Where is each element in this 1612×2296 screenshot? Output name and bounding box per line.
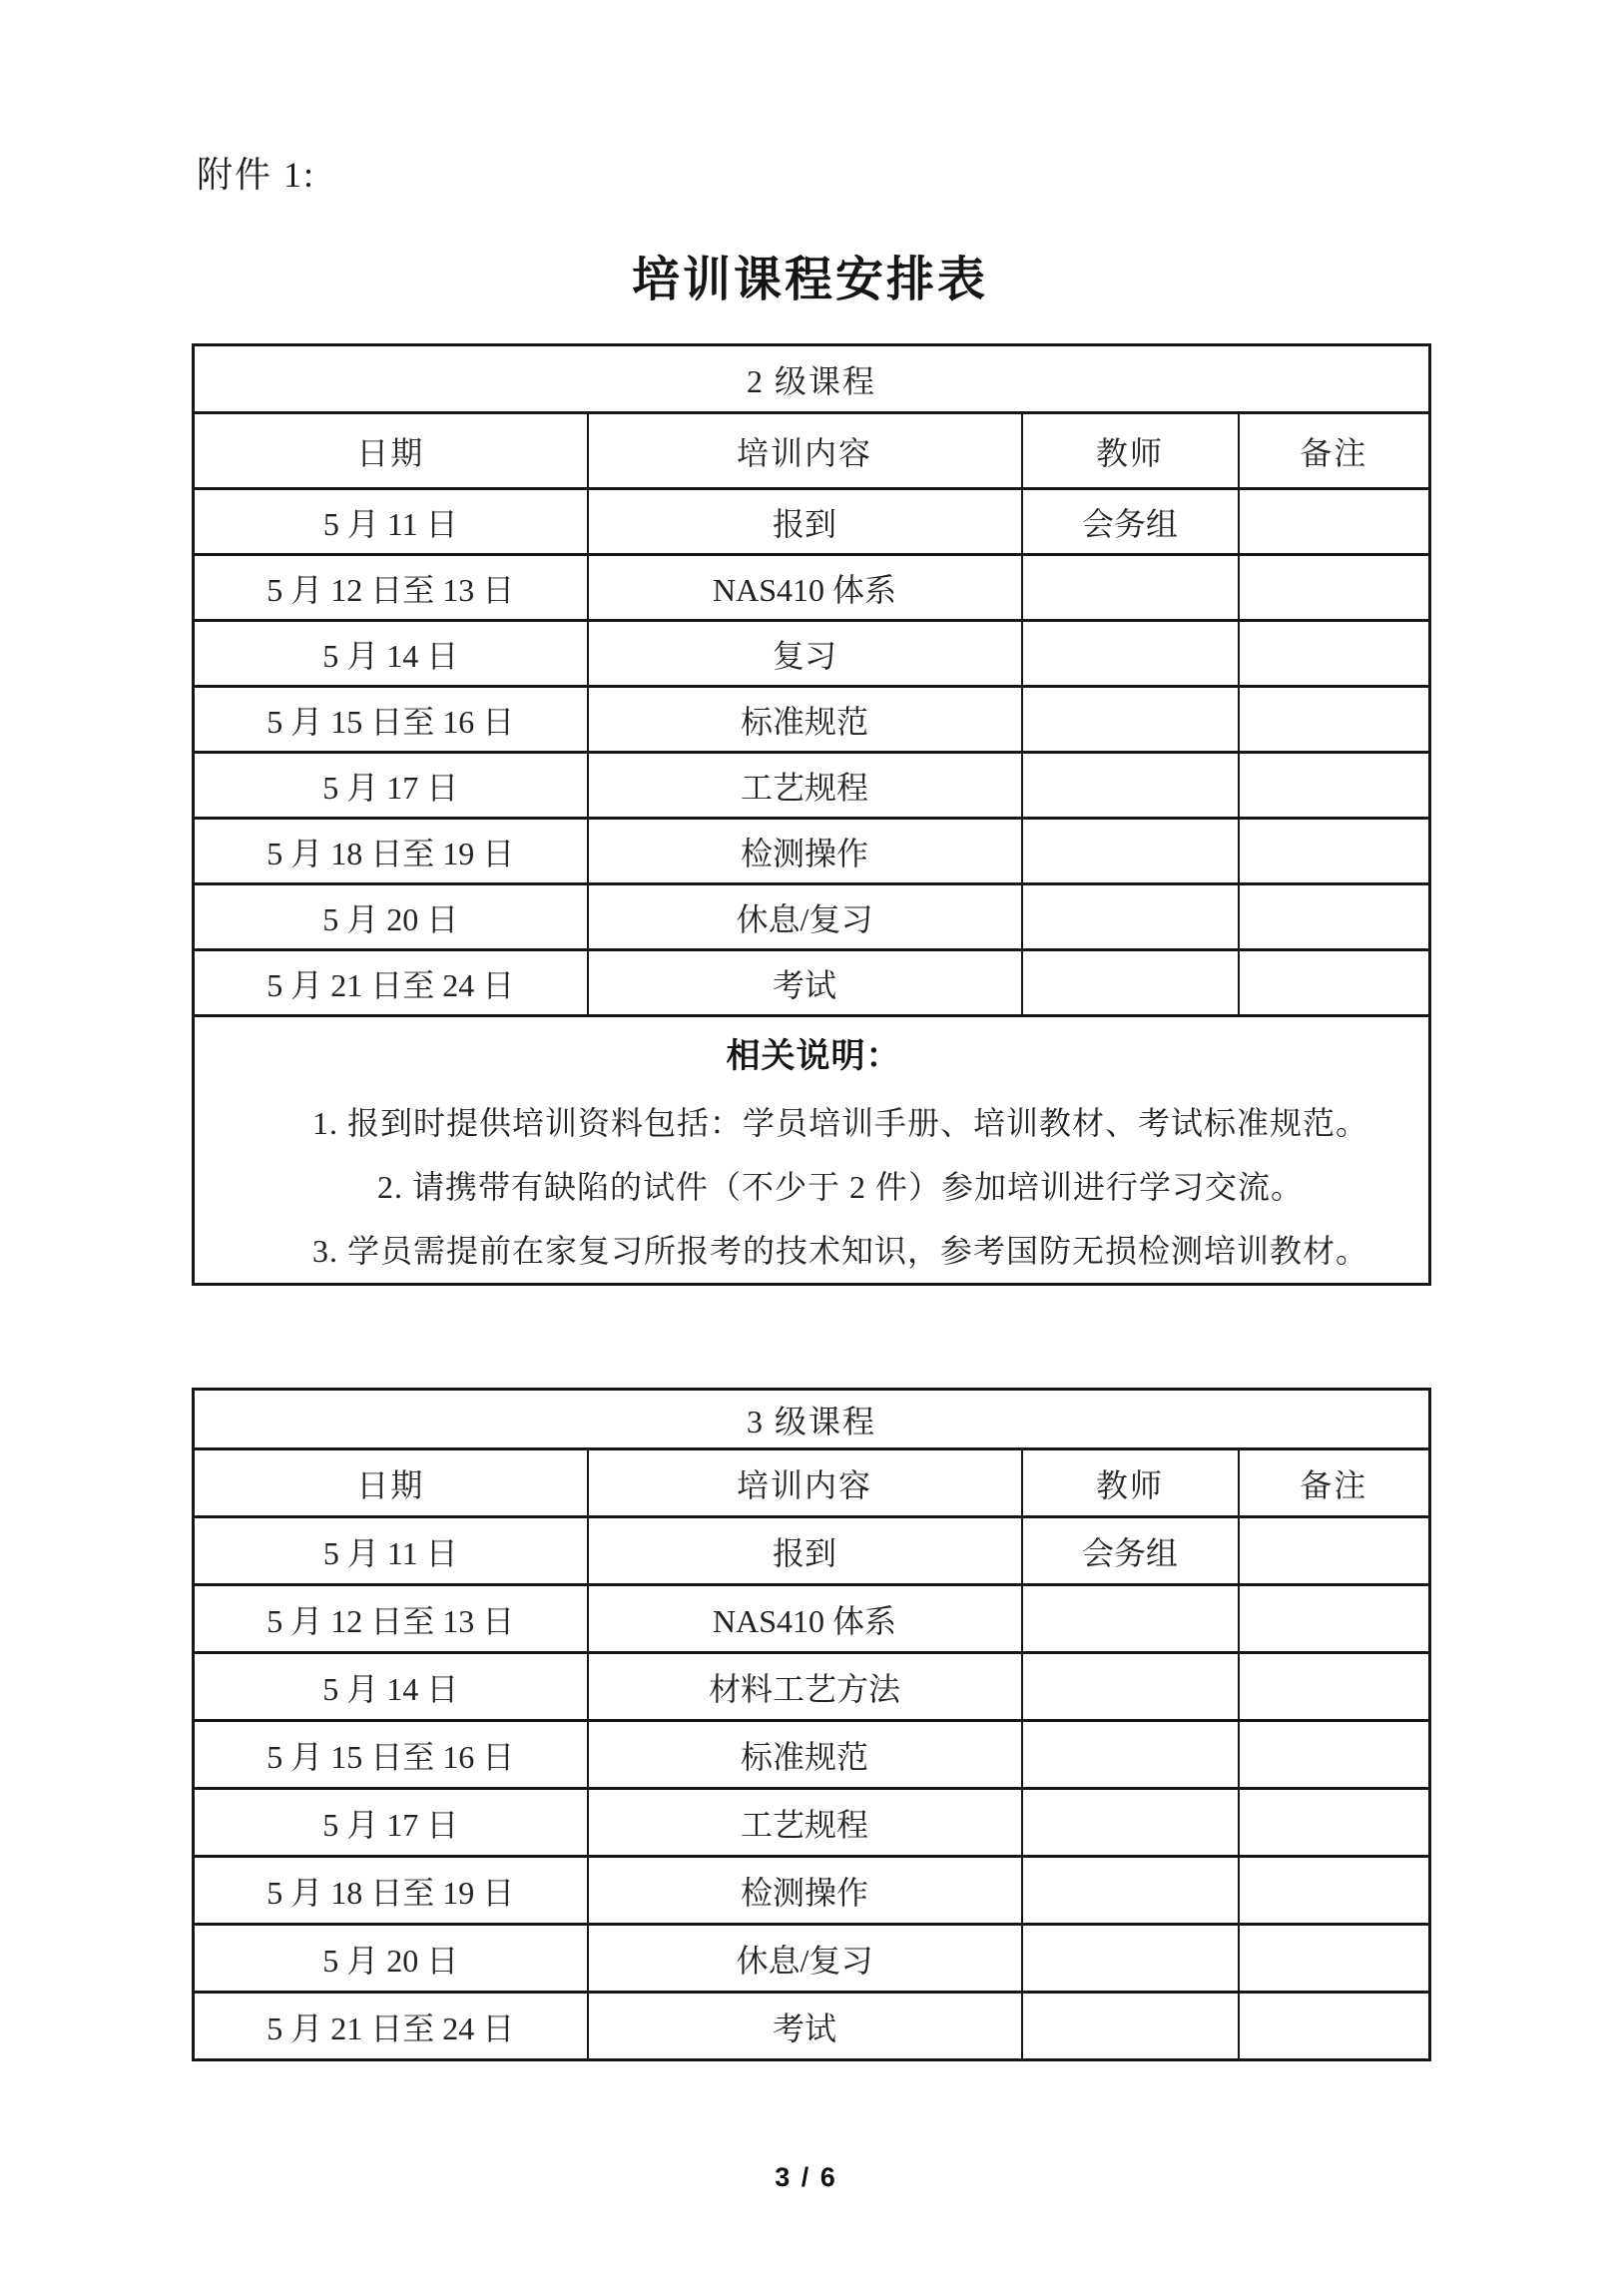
cell-content: NAS410 体系 (588, 555, 1022, 621)
cell-content: 工艺规程 (588, 1789, 1022, 1857)
notes-list: 1. 报到时提供培训资料包括：学员培训手册、培训教材、考试标准规范。 2. 请携… (195, 1091, 1428, 1283)
table-row: 5 月 15 日至 16 日 标准规范 (194, 687, 1430, 753)
cell-content: 材料工艺方法 (588, 1653, 1022, 1721)
cell-date: 5 月 14 日 (194, 621, 588, 687)
table-row: 5 月 20 日 休息/复习 (194, 884, 1430, 950)
cell-date: 5 月 21 日至 24 日 (194, 950, 588, 1016)
table-row: 5 月 18 日至 19 日 检测操作 (194, 1857, 1430, 1925)
table-row: 5 月 20 日 休息/复习 (194, 1925, 1430, 1993)
cell-remark (1239, 1585, 1430, 1653)
column-header-date: 日期 (194, 1449, 588, 1517)
cell-remark (1239, 1925, 1430, 1993)
cell-teacher (1022, 1857, 1239, 1925)
cell-remark (1239, 1721, 1430, 1789)
cell-teacher (1022, 621, 1239, 687)
cell-teacher (1022, 555, 1239, 621)
table-section-row: 2 级课程 (194, 345, 1430, 413)
cell-teacher (1022, 950, 1239, 1016)
cell-content: 复习 (588, 621, 1022, 687)
cell-remark (1239, 621, 1430, 687)
page-title: 培训课程安排表 (192, 252, 1428, 309)
column-header-teacher: 教师 (1022, 413, 1239, 489)
column-header-remark: 备注 (1239, 413, 1430, 489)
table-section-title: 3 级课程 (194, 1390, 1430, 1449)
cell-content: 检测操作 (588, 819, 1022, 884)
table-row: 5 月 18 日至 19 日 检测操作 (194, 819, 1430, 884)
cell-content: 考试 (588, 950, 1022, 1016)
cell-teacher (1022, 1721, 1239, 1789)
cell-date: 5 月 14 日 (194, 1653, 588, 1721)
cell-teacher (1022, 1585, 1239, 1653)
cell-date: 5 月 15 日至 16 日 (194, 1721, 588, 1789)
table-section-row: 3 级课程 (194, 1390, 1430, 1449)
cell-date: 5 月 18 日至 19 日 (194, 819, 588, 884)
cell-content: 报到 (588, 1517, 1022, 1585)
cell-remark (1239, 1857, 1430, 1925)
table-row: 5 月 11 日 报到 会务组 (194, 489, 1430, 555)
cell-remark (1239, 950, 1430, 1016)
cell-remark (1239, 687, 1430, 753)
cell-remark (1239, 1517, 1430, 1585)
cell-remark (1239, 1653, 1430, 1721)
table-row: 5 月 14 日 材料工艺方法 (194, 1653, 1430, 1721)
cell-remark (1239, 489, 1430, 555)
cell-teacher (1022, 753, 1239, 819)
cell-content: 标准规范 (588, 1721, 1022, 1789)
cell-content: 休息/复习 (588, 884, 1022, 950)
table-row: 5 月 14 日 复习 (194, 621, 1430, 687)
note-item-1: 1. 报到时提供培训资料包括：学员培训手册、培训教材、考试标准规范。 (253, 1091, 1428, 1155)
note-item-3: 3. 学员需提前在家复习所报考的技术知识，参考国防无损检测培训教材。 (253, 1219, 1428, 1283)
column-header-remark: 备注 (1239, 1449, 1430, 1517)
cell-date: 5 月 18 日至 19 日 (194, 1857, 588, 1925)
cell-date: 5 月 17 日 (194, 753, 588, 819)
cell-teacher (1022, 687, 1239, 753)
cell-content: 工艺规程 (588, 753, 1022, 819)
cell-teacher (1022, 1925, 1239, 1993)
cell-date: 5 月 11 日 (194, 1517, 588, 1585)
cell-teacher (1022, 884, 1239, 950)
note-item-2: 2. 请携带有缺陷的试件（不少于 2 件）参加培训进行学习交流。 (253, 1155, 1428, 1219)
cell-teacher: 会务组 (1022, 489, 1239, 555)
table-row: 5 月 15 日至 16 日 标准规范 (194, 1721, 1430, 1789)
table-row: 5 月 11 日 报到 会务组 (194, 1517, 1430, 1585)
cell-remark (1239, 1993, 1430, 2060)
table-section-title: 2 级课程 (194, 345, 1430, 413)
cell-date: 5 月 12 日至 13 日 (194, 555, 588, 621)
cell-teacher (1022, 1789, 1239, 1857)
column-header-content: 培训内容 (588, 413, 1022, 489)
cell-remark (1239, 555, 1430, 621)
cell-content: 报到 (588, 489, 1022, 555)
document-page: 附件 1: 培训课程安排表 2 级课程 日期 培训内容 教师 备注 5 月 11… (0, 0, 1612, 2296)
cell-date: 5 月 21 日至 24 日 (194, 1993, 588, 2060)
cell-teacher: 会务组 (1022, 1517, 1239, 1585)
cell-teacher (1022, 819, 1239, 884)
cell-date: 5 月 20 日 (194, 884, 588, 950)
table-row: 5 月 17 日 工艺规程 (194, 1789, 1430, 1857)
table-row: 5 月 21 日至 24 日 考试 (194, 950, 1430, 1016)
table-row: 5 月 12 日至 13 日 NAS410 体系 (194, 1585, 1430, 1653)
column-header-content: 培训内容 (588, 1449, 1022, 1517)
course-table-level2: 2 级课程 日期 培训内容 教师 备注 5 月 11 日 报到 会务组 5 月 … (192, 343, 1431, 1286)
cell-remark (1239, 753, 1430, 819)
column-header-date: 日期 (194, 413, 588, 489)
cell-date: 5 月 20 日 (194, 1925, 588, 1993)
cell-remark (1239, 1789, 1430, 1857)
cell-date: 5 月 17 日 (194, 1789, 588, 1857)
cell-date: 5 月 11 日 (194, 489, 588, 555)
cell-content: 休息/复习 (588, 1925, 1022, 1993)
cell-date: 5 月 12 日至 13 日 (194, 1585, 588, 1653)
course-table-level3: 3 级课程 日期 培训内容 教师 备注 5 月 11 日 报到 会务组 5 月 … (192, 1388, 1431, 2061)
page-number: 3 / 6 (0, 2162, 1612, 2193)
cell-remark (1239, 884, 1430, 950)
cell-remark (1239, 819, 1430, 884)
table-row: 5 月 21 日至 24 日 考试 (194, 1993, 1430, 2060)
notes-section-row: 相关说明： 1. 报到时提供培训资料包括：学员培训手册、培训教材、考试标准规范。… (194, 1016, 1430, 1285)
attachment-label: 附件 1: (197, 152, 315, 198)
table-header-row: 日期 培训内容 教师 备注 (194, 413, 1430, 489)
cell-teacher (1022, 1653, 1239, 1721)
cell-content: 检测操作 (588, 1857, 1022, 1925)
table-header-row: 日期 培训内容 教师 备注 (194, 1449, 1430, 1517)
cell-content: NAS410 体系 (588, 1585, 1022, 1653)
table-row: 5 月 17 日 工艺规程 (194, 753, 1430, 819)
cell-date: 5 月 15 日至 16 日 (194, 687, 588, 753)
cell-teacher (1022, 1993, 1239, 2060)
table-row: 5 月 12 日至 13 日 NAS410 体系 (194, 555, 1430, 621)
cell-content: 标准规范 (588, 687, 1022, 753)
column-header-teacher: 教师 (1022, 1449, 1239, 1517)
cell-content: 考试 (588, 1993, 1022, 2060)
notes-heading: 相关说明： (199, 1033, 1428, 1079)
